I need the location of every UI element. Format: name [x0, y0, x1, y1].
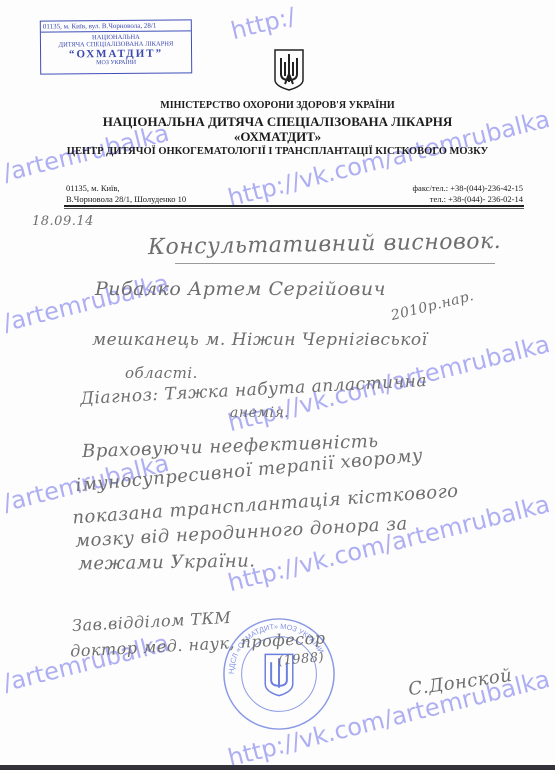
residence: мешканець м. Ніжин Чернігівської	[92, 330, 428, 350]
title-underline	[175, 263, 495, 264]
ministry-heading: МІНІСТЕРСТВО ОХОРОНИ ЗДОРОВ'Я УКРАЇНИ	[0, 100, 555, 111]
patient-name: Рибалко Артем Сергійович	[95, 278, 386, 300]
handwritten-date: 18.09.14	[32, 214, 94, 229]
diagnosis-continued: анемія.	[230, 405, 289, 421]
signature: С.Донской	[407, 665, 513, 700]
document-page: http:/ /artemrubalka http://vk.com/artem…	[0, 0, 555, 765]
region: області.	[125, 364, 198, 382]
watermark: http:/	[228, 2, 298, 45]
center-heading: ЦЕНТР ДИТЯЧОЇ ОНКОГЕМАТОЛОГІЇ І ТРАНСПЛА…	[0, 146, 555, 157]
scan-bottom-edge	[0, 765, 555, 770]
stamp-address: 01135, м. Київ, вул. В.Чорновола, 28/1	[41, 20, 191, 32]
header-divider	[64, 208, 524, 209]
contact-block: факс/тел.: +38-(044)-236-42-15 тел.: +38…	[413, 183, 523, 205]
address-block: 01135, м. Київ, В.Чорновола 28/1, Шолуде…	[66, 183, 186, 205]
ukraine-coat-of-arms-icon	[273, 48, 305, 92]
birth-year: 2010р.нар.	[389, 288, 475, 324]
recommendation-line: межами України.	[78, 550, 256, 574]
address-line: В.Чорновола 28/1, Шолуденко 10	[66, 194, 186, 205]
hospital-rectangular-stamp: 01135, м. Київ, вул. В.Чорновола, 28/1 Н…	[40, 19, 192, 74]
phone-number: тел.: +38-(044)- 236-02-14	[413, 194, 523, 205]
hospital-heading: НАЦІОНАЛЬНА ДИТЯЧА СПЕЦІАЛІЗОВАНА ЛІКАРН…	[0, 114, 555, 130]
stamp-line: МОЗ УКРАЇНИ	[41, 59, 191, 67]
fax-number: факс/тел.: +38-(044)-236-42-15	[413, 183, 523, 194]
handwritten-title: Консультативний висновок.	[148, 229, 502, 260]
header-divider	[64, 205, 524, 207]
address-line: 01135, м. Київ,	[66, 183, 186, 194]
signoff-position: Зав.відділом ТКМ	[72, 608, 232, 635]
hospital-name: «ОХМАТДИТ»	[0, 129, 555, 145]
